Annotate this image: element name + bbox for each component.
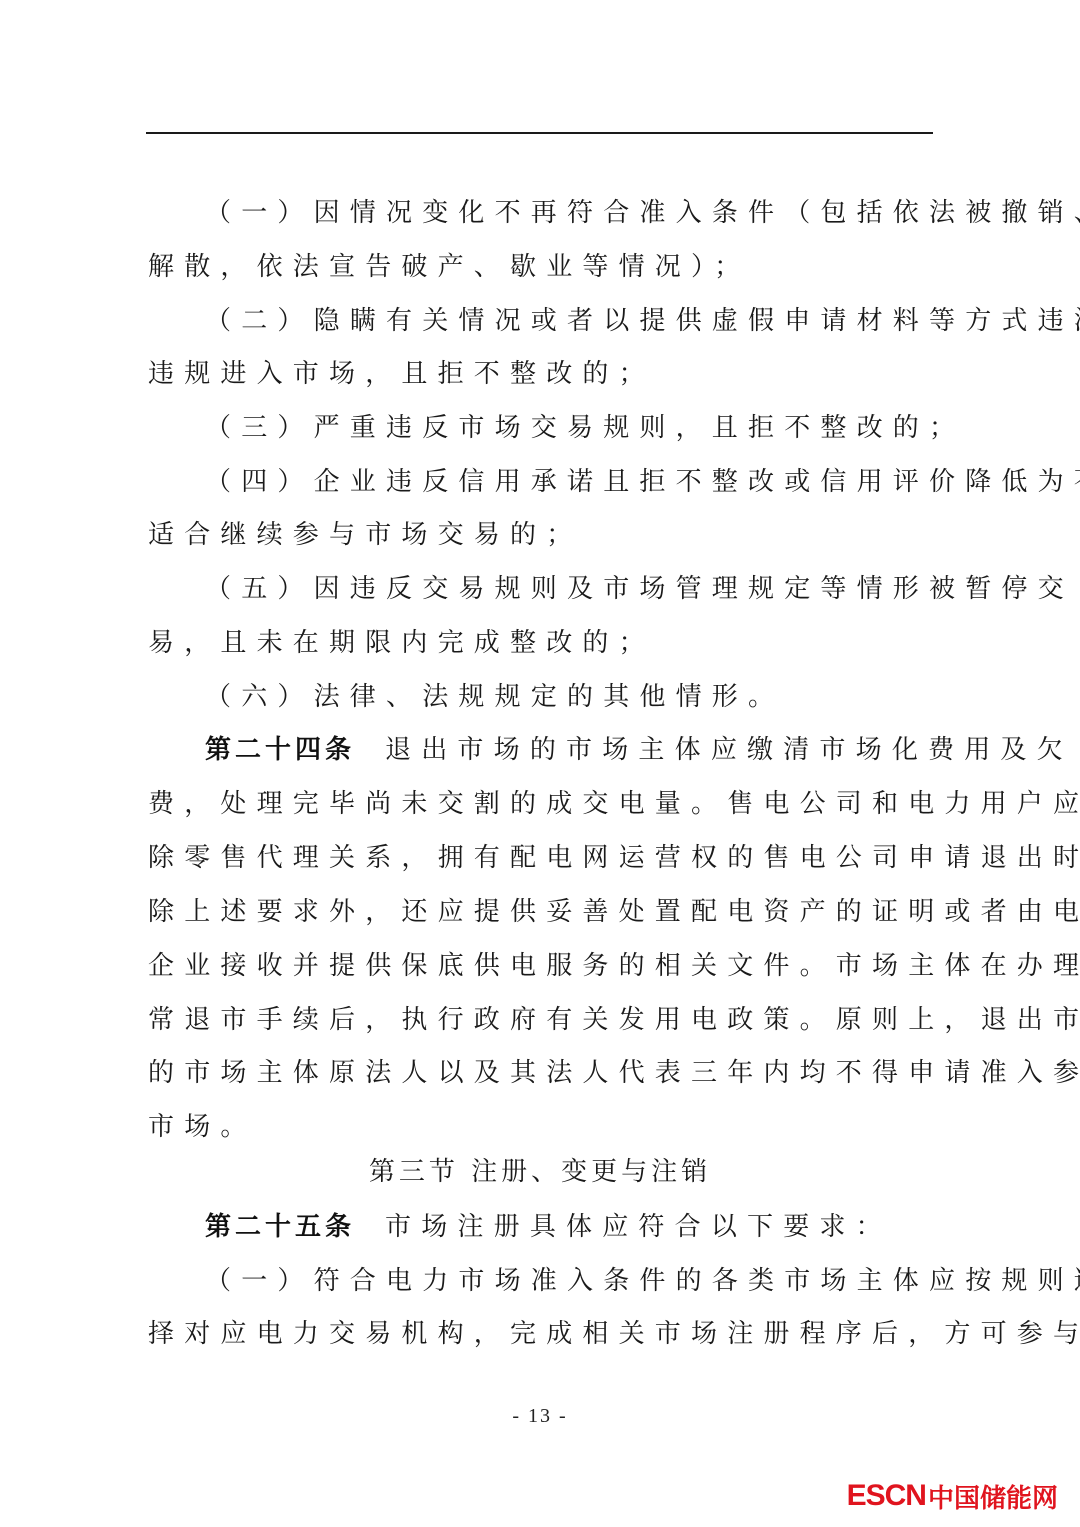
article-25-first-line: 第二十五条市场注册具体应符合以下要求： (205, 1207, 1005, 1247)
escn-logo-watermark: ESCN 中国储能网 (847, 1478, 1058, 1514)
article-25-label: 第二十五条 (205, 1212, 355, 1242)
article-24-line-6: 常退市手续后，执行政府有关发用电政策。原则上，退出市场 (148, 1000, 948, 1040)
article-24-line-7: 的市场主体原法人以及其法人代表三年内均不得申请准入参与 (148, 1053, 948, 1093)
article-25-clause-1-line-2: 择对应电力交易机构，完成相关市场注册程序后，方可参与对 (148, 1314, 948, 1354)
article-24-line-5: 企业接收并提供保底供电服务的相关文件。市场主体在办理正 (148, 946, 948, 986)
logo-latin-text: ESCN (847, 1479, 926, 1513)
section-title: 第三节 注册、变更与注销 (0, 1152, 1080, 1192)
clause-3-line-1: （三）严重违反市场交易规则，且拒不整改的； (205, 408, 1005, 448)
article-24-label: 第二十四条 (205, 735, 355, 765)
article-24-text: 退出市场的市场主体应缴清市场化费用及欠 (385, 735, 1073, 765)
page-number: - 13 - (0, 1405, 1080, 1428)
clause-4-line-2: 适合继续参与市场交易的； (148, 515, 948, 555)
clause-2-line-2: 违规进入市场，且拒不整改的； (148, 354, 948, 394)
clause-1-line-1: （一）因情况变化不再符合准入条件（包括依法被撤销、 (205, 193, 1005, 233)
document-page: （一）因情况变化不再符合准入条件（包括依法被撤销、 解散，依法宣告破产、歇业等情… (0, 0, 1080, 1527)
article-24-line-8: 市场。 (148, 1107, 948, 1147)
clause-4-line-1: （四）企业违反信用承诺且拒不整改或信用评价降低为不 (205, 462, 1005, 502)
article-24-first-line: 第二十四条退出市场的市场主体应缴清市场化费用及欠 (205, 730, 1005, 770)
article-25-clause-1-line-1: （一）符合电力市场准入条件的各类市场主体应按规则选 (205, 1261, 1005, 1301)
clause-6-line-1: （六）法律、法规规定的其他情形。 (205, 677, 1005, 717)
clause-2-line-1: （二）隐瞒有关情况或者以提供虚假申请材料等方式违法 (205, 301, 1005, 341)
article-24-line-2: 费，处理完毕尚未交割的成交电量。售电公司和电力用户应解 (148, 784, 948, 824)
article-24-line-4: 除上述要求外，还应提供妥善处置配电资产的证明或者由电网 (148, 892, 948, 932)
article-24-line-3: 除零售代理关系，拥有配电网运营权的售电公司申请退出时， (148, 838, 948, 878)
header-rule (146, 132, 933, 134)
clause-5-line-1: （五）因违反交易规则及市场管理规定等情形被暂停交 (205, 569, 1005, 609)
article-25-text: 市场注册具体应符合以下要求： (385, 1212, 892, 1242)
clause-5-line-2: 易，且未在期限内完成整改的； (148, 623, 948, 663)
clause-1-line-2: 解散，依法宣告破产、歇业等情况）； (148, 247, 948, 287)
logo-chinese-text: 中国储能网 (928, 1478, 1058, 1515)
